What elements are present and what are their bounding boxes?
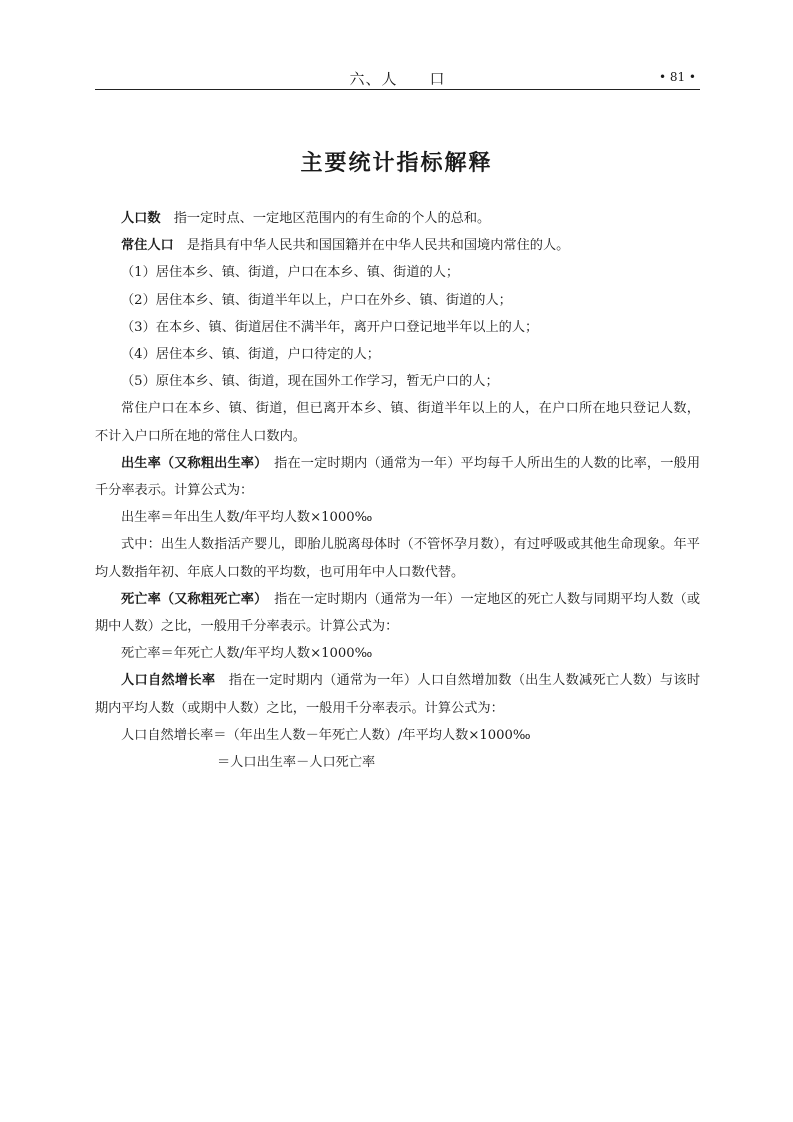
formula-birth-rate: 出生率＝年出生人数/年平均人数×1000‰: [95, 504, 700, 531]
list-item: （2）居住本乡、镇、街道半年以上，户口在外乡、镇、街道的人；: [95, 287, 700, 314]
page-title: 主要统计指标解释: [0, 146, 793, 177]
paragraph-death-rate: 死亡率（又称粗死亡率） 指在一定时期内（通常为一年）一定地区的死亡人数与同期平均…: [95, 586, 700, 640]
definition: 指一定时点、一定地区范围内的有生命的个人的总和。: [161, 211, 491, 226]
paragraph-note: 常住户口在本乡、镇、街道，但已离开本乡、镇、街道半年以上的人，在户口所在地只登记…: [95, 395, 700, 449]
body-text: 人口数 指一定时点、一定地区范围内的有生命的个人的总和。 常住人口 是指具有中华…: [95, 205, 700, 776]
definition: 是指具有中华人民共和国国籍并在中华人民共和国境内常住的人。: [174, 238, 570, 253]
list-item: （4）居住本乡、镇、街道，户口待定的人；: [95, 341, 700, 368]
chapter-title: 六、人 口: [95, 68, 700, 89]
running-header: 六、人 口 • 81 •: [95, 66, 700, 90]
paragraph-birth-rate: 出生率（又称粗出生率） 指在一定时期内（通常为一年）平均每千人所出生的人数的比率…: [95, 450, 700, 504]
term: 出生率（又称粗出生率）: [121, 456, 261, 471]
term: 常住人口: [121, 238, 174, 253]
term: 死亡率（又称粗死亡率）: [121, 592, 261, 607]
list-item: （1）居住本乡、镇、街道，户口在本乡、镇、街道的人；: [95, 259, 700, 286]
paragraph-note: 式中：出生人数指活产婴儿，即胎儿脱离母体时（不管怀孕月数），有过呼吸或其他生命现…: [95, 531, 700, 585]
paragraph-resident-population: 常住人口 是指具有中华人民共和国国籍并在中华人民共和国境内常住的人。: [95, 232, 700, 259]
term: 人口数: [121, 211, 161, 226]
formula-death-rate: 死亡率＝年死亡人数/年平均人数×1000‰: [95, 640, 700, 667]
paragraph-population: 人口数 指一定时点、一定地区范围内的有生命的个人的总和。: [95, 205, 700, 232]
header-rule: [95, 89, 700, 90]
formula-natural-growth-rate: 人口自然增长率＝（年出生人数－年死亡人数）/年平均人数×1000‰: [95, 722, 700, 749]
formula-continuation: ＝人口出生率－人口死亡率: [95, 749, 700, 776]
list-item: （3）在本乡、镇、街道居住不满半年，离开户口登记地半年以上的人；: [95, 314, 700, 341]
term: 人口自然增长率: [121, 673, 215, 688]
page-number: • 81 •: [659, 70, 696, 84]
paragraph-natural-growth-rate: 人口自然增长率 指在一定时期内（通常为一年）人口自然增加数（出生人数减死亡人数）…: [95, 667, 700, 721]
list-item: （5）原住本乡、镇、街道，现在国外工作学习，暂无户口的人；: [95, 368, 700, 395]
